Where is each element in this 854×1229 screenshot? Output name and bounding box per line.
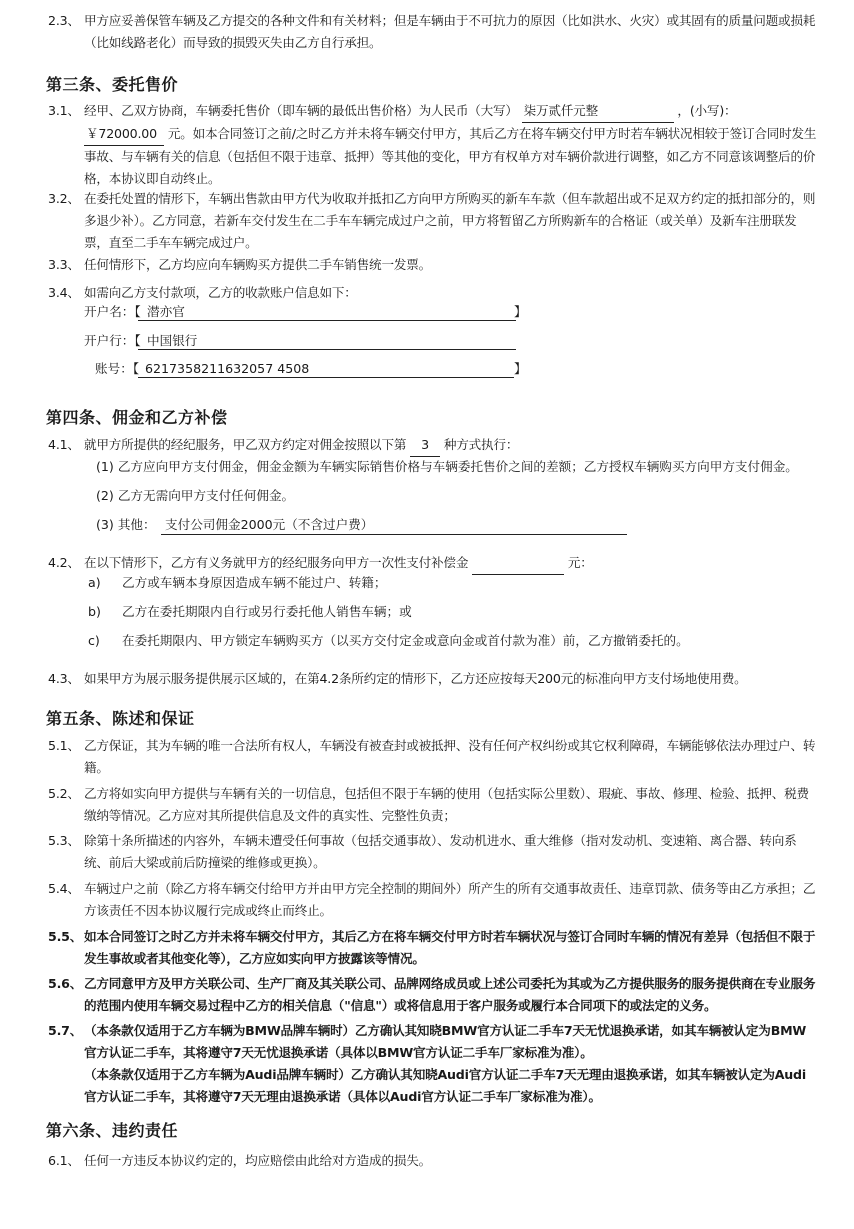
clause-text: （本条款仅适用于乙方车辆为BMW品牌车辆时）乙方确认其知晓BMW官方认证二手车7…: [84, 1020, 818, 1064]
text: 就甲方所提供的经纪服务，甲乙双方约定对佣金按照以下第: [84, 437, 406, 452]
option-3-field[interactable]: 支付公司佣金2000元（不含过户费）: [165, 515, 373, 535]
clause-6-1: 6.1、 任何一方违反本协议约定的，均应赔偿由此给对方造成的损失。: [48, 1150, 818, 1172]
clause-number: 3.2、: [48, 188, 80, 210]
clause-text: 乙方将如实向甲方提供与车辆有关的一切信息，包括但不限于车辆的使用（包括实际公里数…: [84, 783, 818, 827]
clause-number: 5.2、: [48, 783, 80, 805]
clause-5-5: 5.5、 如本合同签订之时乙方并未将车辆交付甲方，其后乙方在将车辆交付甲方时若车…: [48, 926, 818, 970]
clause-text: 乙方保证，其为车辆的唯一合法所有权人，车辆没有被查封或被抵押、没有任何产权纠纷或…: [84, 735, 818, 779]
item-b-text: 乙方在委托期限内自行或另行委托他人销售车辆；或: [122, 602, 412, 622]
text: ，(小写)：: [677, 103, 736, 118]
clause-3-2: 3.2、 在委托处置的情形下，车辆出售款由甲方代为收取并抵扣乙方向甲方所购买的新…: [48, 188, 818, 254]
clause-5-1: 5.1、 乙方保证，其为车辆的唯一合法所有权人，车辆没有被查封或被抵押、没有任何…: [48, 735, 818, 779]
option-3-label: (3) 其他：: [96, 515, 156, 535]
clause-number: 3.1、: [48, 100, 80, 122]
close-bracket: 】: [514, 302, 527, 322]
item-a-label: a): [88, 573, 101, 593]
clause-5-6: 5.6、 乙方同意甲方及甲方关联公司、生产厂商及其关联公司、品牌网络成员或上述公…: [48, 973, 818, 1017]
clause-number: 5.5、: [48, 926, 82, 948]
item-b-label: b): [88, 602, 101, 622]
account-number-label: 账号：【: [95, 359, 139, 379]
text: 元：: [568, 555, 593, 570]
clause-number: 5.4、: [48, 878, 80, 900]
underline: [161, 534, 627, 535]
clause-number: 3.3、: [48, 254, 80, 276]
clause-text: 车辆过户之前（除乙方将车辆交付给甲方并由甲方完全控制的期间外）所产生的所有交通事…: [84, 878, 818, 922]
bank-field[interactable]: 中国银行: [147, 331, 197, 351]
contract-page: 2.3、 甲方应妥善保管车辆及乙方提交的各种文件和有关材料；但是车辆由于不可抗力…: [0, 0, 854, 1229]
clause-3-3: 3.3、 任何情形下，乙方均应向车辆购买方提供二手车销售统一发票。: [48, 254, 818, 276]
item-c-label: c): [88, 631, 100, 651]
clause-text-audi: （本条款仅适用于乙方车辆为Audi品牌车辆时）乙方确认其知晓Audi官方认证二手…: [84, 1064, 818, 1108]
article-4-title: 第四条、佣金和乙方补偿: [46, 405, 228, 428]
item-a-text: 乙方或车辆本身原因造成车辆不能过户、转籍；: [122, 573, 386, 593]
option-2: (2) 乙方无需向甲方支付任何佣金。: [96, 486, 294, 506]
clause-text: 任何情形下，乙方均应向车辆购买方提供二手车销售统一发票。: [84, 254, 818, 276]
article-5-title: 第五条、陈述和保证: [46, 706, 195, 729]
item-c-text: 在委托期限内、甲方锁定车辆购买方（以买方交付定金或意向金或首付款为准）前，乙方撤…: [122, 631, 689, 651]
clause-number: 5.1、: [48, 735, 80, 757]
text: 种方式执行：: [444, 437, 518, 452]
close-bracket: 】: [514, 359, 527, 379]
clause-text: 如本合同签订之时乙方并未将车辆交付甲方，其后乙方在将车辆交付甲方时若车辆状况与签…: [84, 926, 818, 970]
clause-number: 6.1、: [48, 1150, 80, 1172]
clause-4-3: 4.3、 如果甲方为展示服务提供展示区域的，在第4.2条所约定的情形下，乙方还应…: [48, 668, 818, 690]
clause-number: 3.4、: [48, 282, 80, 304]
clause-text: 除第十条所描述的内容外，车辆未遭受任何事故（包括交通事故）、发动机进水、重大维修…: [84, 830, 818, 874]
clause-2-3: 2.3、 甲方应妥善保管车辆及乙方提交的各种文件和有关材料；但是车辆由于不可抗力…: [48, 10, 818, 54]
clause-text: 在以下情形下，乙方有义务就甲方的经纪服务向甲方一次性支付补偿金 元：: [84, 552, 818, 575]
clause-number: 4.1、: [48, 434, 80, 456]
clause-text: 就甲方所提供的经纪服务，甲乙双方约定对佣金按照以下第 3 种方式执行：: [84, 434, 818, 457]
text: 经甲、乙双方协商，车辆委托售价（即车辆的最低出售价格）为人民币（大写）: [84, 103, 518, 118]
text: 元。如本合同签订之前/之时乙方并未将车辆交付甲方，其后乙方在将车辆交付甲方时若车…: [84, 126, 816, 186]
underline: [138, 377, 514, 378]
commission-option-field[interactable]: 3: [410, 434, 440, 457]
text: 在以下情形下，乙方有义务就甲方的经纪服务向甲方一次性支付补偿金: [84, 555, 468, 570]
clause-4-1: 4.1、 就甲方所提供的经纪服务，甲乙双方约定对佣金按照以下第 3 种方式执行：: [48, 434, 818, 457]
clause-3-4: 3.4、 如需向乙方支付款项，乙方的收款账户信息如下：: [48, 282, 818, 304]
clause-5-4: 5.4、 车辆过户之前（除乙方将车辆交付给甲方并由甲方完全控制的期间外）所产生的…: [48, 878, 818, 922]
clause-number: 5.3、: [48, 830, 80, 852]
clause-text: 经甲、乙双方协商，车辆委托售价（即车辆的最低出售价格）为人民币（大写） 柒万贰仟…: [84, 100, 818, 190]
account-name-field[interactable]: 潜亦官: [147, 302, 185, 322]
article-6-title: 第六条、违约责任: [46, 1118, 178, 1141]
bank-label: 开户行：【: [84, 331, 141, 351]
clause-5-7: 5.7、 （本条款仅适用于乙方车辆为BMW品牌车辆时）乙方确认其知晓BMW官方认…: [48, 1020, 818, 1108]
clause-number: 5.6、: [48, 973, 82, 995]
clause-4-2: 4.2、 在以下情形下，乙方有义务就甲方的经纪服务向甲方一次性支付补偿金 元：: [48, 552, 818, 575]
clause-number: 5.7、: [48, 1020, 82, 1042]
article-3-title: 第三条、委托售价: [46, 72, 178, 95]
clause-number: 4.2、: [48, 552, 80, 574]
option-1: (1) 乙方应向甲方支付佣金，佣金金额为车辆实际销售价格与车辆委托售价之间的差额…: [96, 457, 798, 477]
clause-5-2: 5.2、 乙方将如实向甲方提供与车辆有关的一切信息，包括但不限于车辆的使用（包括…: [48, 783, 818, 827]
clause-text: 乙方同意甲方及甲方关联公司、生产厂商及其关联公司、品牌网络成员或上述公司委托为其…: [84, 973, 818, 1017]
compensation-amount-field[interactable]: [472, 552, 564, 575]
clause-number: 2.3、: [48, 10, 80, 32]
clause-number: 4.3、: [48, 668, 80, 690]
clause-text: 如需向乙方支付款项，乙方的收款账户信息如下：: [84, 282, 818, 304]
amount-lower-field[interactable]: ￥72000.00: [84, 123, 164, 146]
account-name-label: 开户名：【: [84, 302, 141, 322]
account-number-field[interactable]: 6217358211632057 4508: [145, 359, 309, 379]
clause-3-1: 3.1、 经甲、乙双方协商，车辆委托售价（即车辆的最低出售价格）为人民币（大写）…: [48, 100, 818, 190]
clause-5-3: 5.3、 除第十条所描述的内容外，车辆未遭受任何事故（包括交通事故）、发动机进水…: [48, 830, 818, 874]
underline: [138, 320, 516, 321]
clause-text: 如果甲方为展示服务提供展示区域的，在第4.2条所约定的情形下，乙方还应按每天20…: [84, 668, 818, 690]
underline: [138, 349, 516, 350]
amount-upper-field[interactable]: 柒万贰仟元整: [522, 100, 674, 123]
clause-text: 任何一方违反本协议约定的，均应赔偿由此给对方造成的损失。: [84, 1150, 818, 1172]
clause-text: 甲方应妥善保管车辆及乙方提交的各种文件和有关材料；但是车辆由于不可抗力的原因（比…: [84, 10, 818, 54]
clause-text: 在委托处置的情形下，车辆出售款由甲方代为收取并抵扣乙方向甲方所购买的新车车款（但…: [84, 188, 818, 254]
